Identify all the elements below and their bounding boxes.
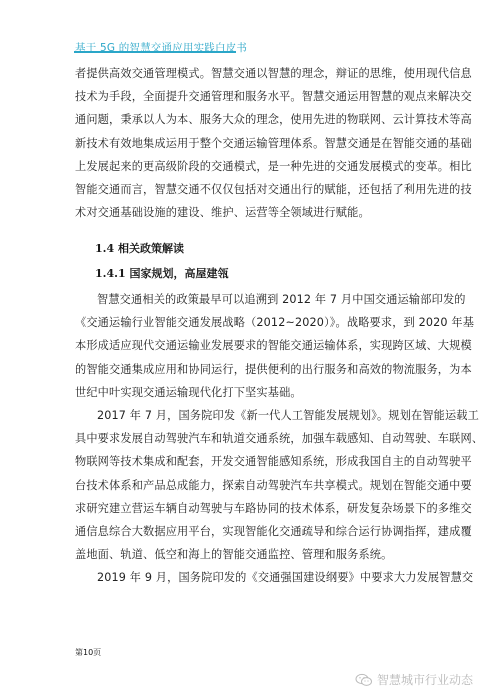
text-line: 求研究建立营运车辆自动驾驶与车路协同的技术体系，研发复杂场景下的多维交 [75,497,421,520]
text-line: 台技术体系和产品总成能力，探索自动驾驶汽车共享模式。规划在智能交通中要 [75,474,421,497]
text-line: 2019 年 9 月，国务院印发的《交通强国建设纲要》中要求大力发展智慧交 [75,566,421,589]
paragraph-policy-2012: 智慧交通相关的政策最早可以追溯到 2012 年 7 月中国交通运输部印发的 《交… [75,288,421,404]
text-line: 具中要求发展自动驾驶汽车和轨道交通系统，加强车载感知、自动驾驶、车联网、 [75,427,421,450]
watermark: 智慧城市行业动态 [355,671,473,688]
text-line: 新技术有效地集成运用于整个交通运输管理体系。智慧交通是在智能交通的基础 [75,132,421,155]
subsection-heading: 1.4.1 国家规划，高屋建瓴 [95,265,228,281]
text-line: 智能交通而言，智慧交通不仅仅包括对交通出行的赋能，还包括了利用先进的技 [75,178,421,201]
page-header-title: 基于 5G 的智慧交通应用实践白皮书 [75,40,247,55]
text-line: 通信息综合大数据应用平台，实现智能化交通疏导和综合运行协调指挥，建成覆 [75,520,421,543]
text-line: 2017 年 7 月，国务院印发《新一代人工智能发展规划》。规划在智能运载工 [75,404,421,427]
section-heading: 1.4 相关政策解读 [95,240,184,256]
header-underline [74,51,236,53]
text-line: 世纪中叶实现交通运输现代化打下坚实基础。 [75,381,421,404]
paragraph-policy-2019: 2019 年 9 月，国务院印发的《交通强国建设纲要》中要求大力发展智慧交 [75,566,421,589]
text-line: 上发展起来的更高级阶段的交通模式，是一种先进的交通发展模式的变革。相比 [75,155,421,178]
text-line: 物联网等技术集成和配套，开发交通智能感知系统，形成我国自主的自动驾驶平 [75,450,421,473]
text-line: 智慧交通相关的政策最早可以追溯到 2012 年 7 月中国交通运输部印发的 [75,288,421,311]
text-line: 《交通运输行业智能交通发展战略（2012~2020）》。战略要求，到 2020 … [75,311,421,334]
text-line: 的智能交通集成应用和协同运行，提供便利的出行服务和高效的物流服务，为本 [75,358,421,381]
page-number: 第10页 [75,647,101,658]
wechat-icon [355,673,373,687]
text-line: 通问题，秉承以人为本、服务大众的理念，使用先进的物联网、云计算技术等高 [75,108,421,131]
text-line: 术对交通基础设施的建设、维护、运营等全领域进行赋能。 [75,201,421,224]
paragraph-policy-2017: 2017 年 7 月，国务院印发《新一代人工智能发展规划》。规划在智能运载工 具… [75,404,421,566]
text-line: 者提供高效交通管理模式。智慧交通以智慧的理念，辩证的思维，使用现代信息 [75,62,421,85]
text-line: 技术为手段，全面提升交通管理和服务水平。智慧交通运用智慧的观点来解决交 [75,85,421,108]
watermark-text: 智慧城市行业动态 [377,671,473,688]
text-line: 本形成适应现代交通运输业发展要求的智能交通运输体系，实现跨区域、大规模 [75,334,421,357]
paragraph-intro: 者提供高效交通管理模式。智慧交通以智慧的理念，辩证的思维，使用现代信息 技术为手… [75,62,421,224]
text-line: 盖地面、轨道、低空和海上的智能交通监控、管理和服务系统。 [75,543,421,566]
